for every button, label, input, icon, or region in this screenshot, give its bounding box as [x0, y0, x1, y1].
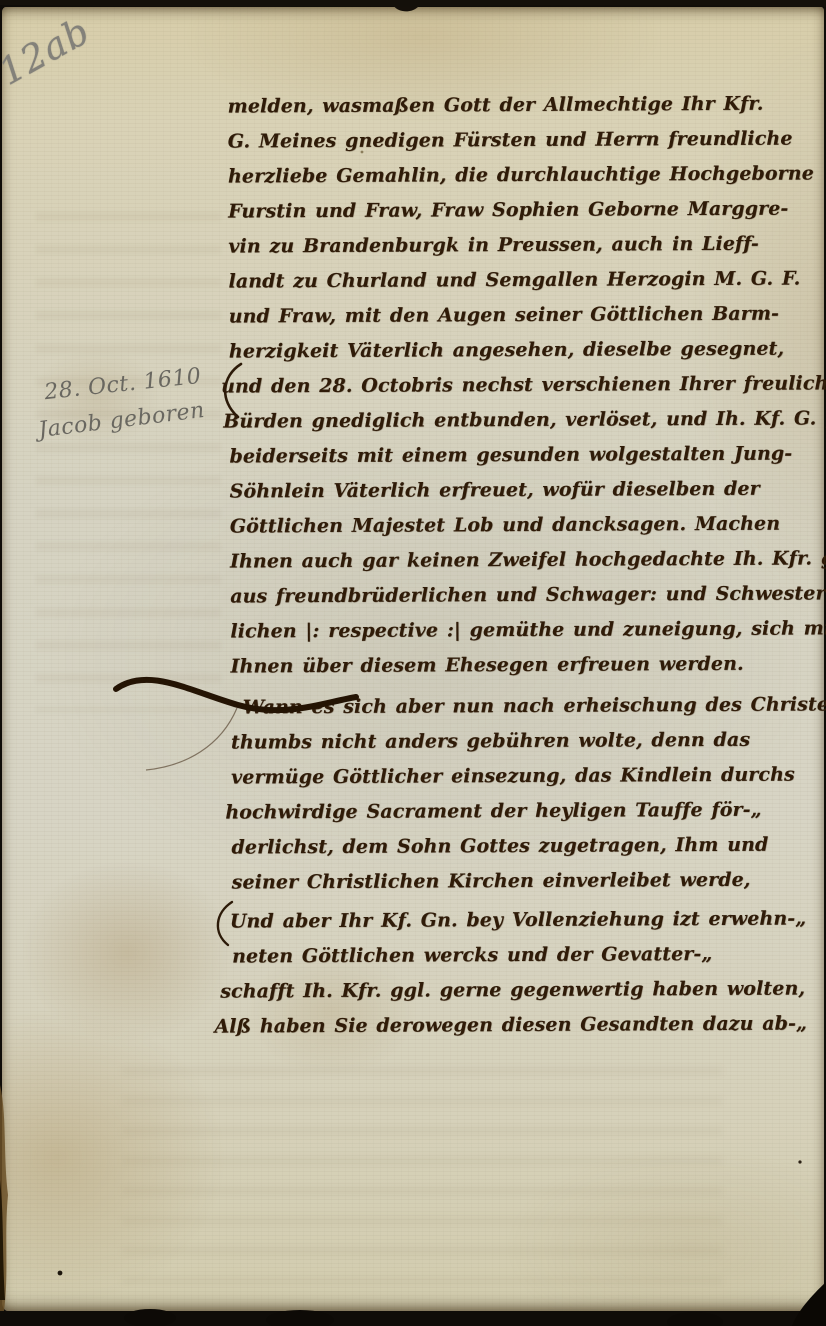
- manuscript-text-block: melden, wasmaßen Gott der Allmechtige Ih…: [228, 86, 811, 1044]
- bottom-edge-blob: [667, 1312, 723, 1326]
- manuscript-line: beiderseits mit einem gesunden wolgestal…: [229, 436, 807, 474]
- manuscript-line: hochwirdige Sacrament der heyligen Tauff…: [225, 792, 809, 830]
- manuscript-line: herzliebe Gemahlin, die durchlauchtige H…: [228, 156, 806, 194]
- manuscript-line: lichen |: respective :| gemüthe und zune…: [230, 611, 808, 649]
- manuscript-line: Alß haben Sie derowegen diesen Gesandten…: [214, 1006, 810, 1044]
- bottom-edge-blob: [266, 1310, 334, 1326]
- ink-showthrough-bottom: [122, 1067, 722, 1297]
- bottom-edge-blob: [124, 1309, 176, 1326]
- manuscript-line: thumbs nicht anders gebühren wolte, denn…: [231, 722, 809, 760]
- manuscript-line: G. Meines gnedigen Fürsten und Herrn fre…: [228, 121, 806, 159]
- manuscript-line: Wann es sich aber nun nach erheischung d…: [243, 687, 809, 725]
- manuscript-line: melden, wasmaßen Gott der Allmechtige Ih…: [228, 86, 806, 124]
- manuscript-line: derlichst, dem Sohn Gottes zugetragen, I…: [231, 827, 809, 865]
- top-edge-shadow: [0, 0, 826, 7]
- manuscript-line: vermüge Göttlicher einsezung, das Kindle…: [231, 757, 809, 795]
- manuscript-line: Söhnlein Väterlich erfreuet, wofür diese…: [230, 471, 808, 509]
- manuscript-line: neten Göttlichen wercks und der Gevatter…: [232, 936, 810, 974]
- manuscript-line: Göttlichen Majestet Lob und dancksagen. …: [230, 506, 808, 544]
- manuscript-line: seiner Christlichen Kirchen einverleibet…: [232, 862, 810, 900]
- manuscript-line: vin zu Brandenburgk in Preussen, auch in…: [228, 226, 806, 264]
- manuscript-line: und Fraw, mit den Augen seiner Göttliche…: [229, 296, 807, 334]
- manuscript-line: Furstin und Fraw, Fraw Sophien Geborne M…: [228, 191, 806, 229]
- manuscript-line: Bürden gnediglich entbunden, verlöset, u…: [223, 401, 807, 439]
- manuscript-photo: 12ab 28. Oct. 1610 Jacob geboren melden,…: [0, 0, 826, 1326]
- manuscript-line: und den 28. Octobris nechst verschienen …: [221, 366, 807, 404]
- manuscript-line: Ihnen auch gar keinen Zweifel hochgedach…: [230, 541, 808, 579]
- manuscript-line: schafft Ih. Kfr. ggl. gerne gegenwertig …: [220, 971, 810, 1009]
- manuscript-line: aus freundbrüderlichen und Schwager: und…: [230, 576, 808, 614]
- manuscript-line: herzigkeit Väterlich angesehen, dieselbe…: [229, 331, 807, 369]
- ink-showthrough: [36, 212, 221, 712]
- manuscript-line: Ihnen über diesem Ehesegen erfreuen werd…: [230, 646, 808, 684]
- manuscript-line: Und aber Ihr Kf. Gn. bey Vollenziehung i…: [230, 901, 810, 939]
- manuscript-line: landt zu Churland und Semgallen Herzogin…: [228, 261, 806, 299]
